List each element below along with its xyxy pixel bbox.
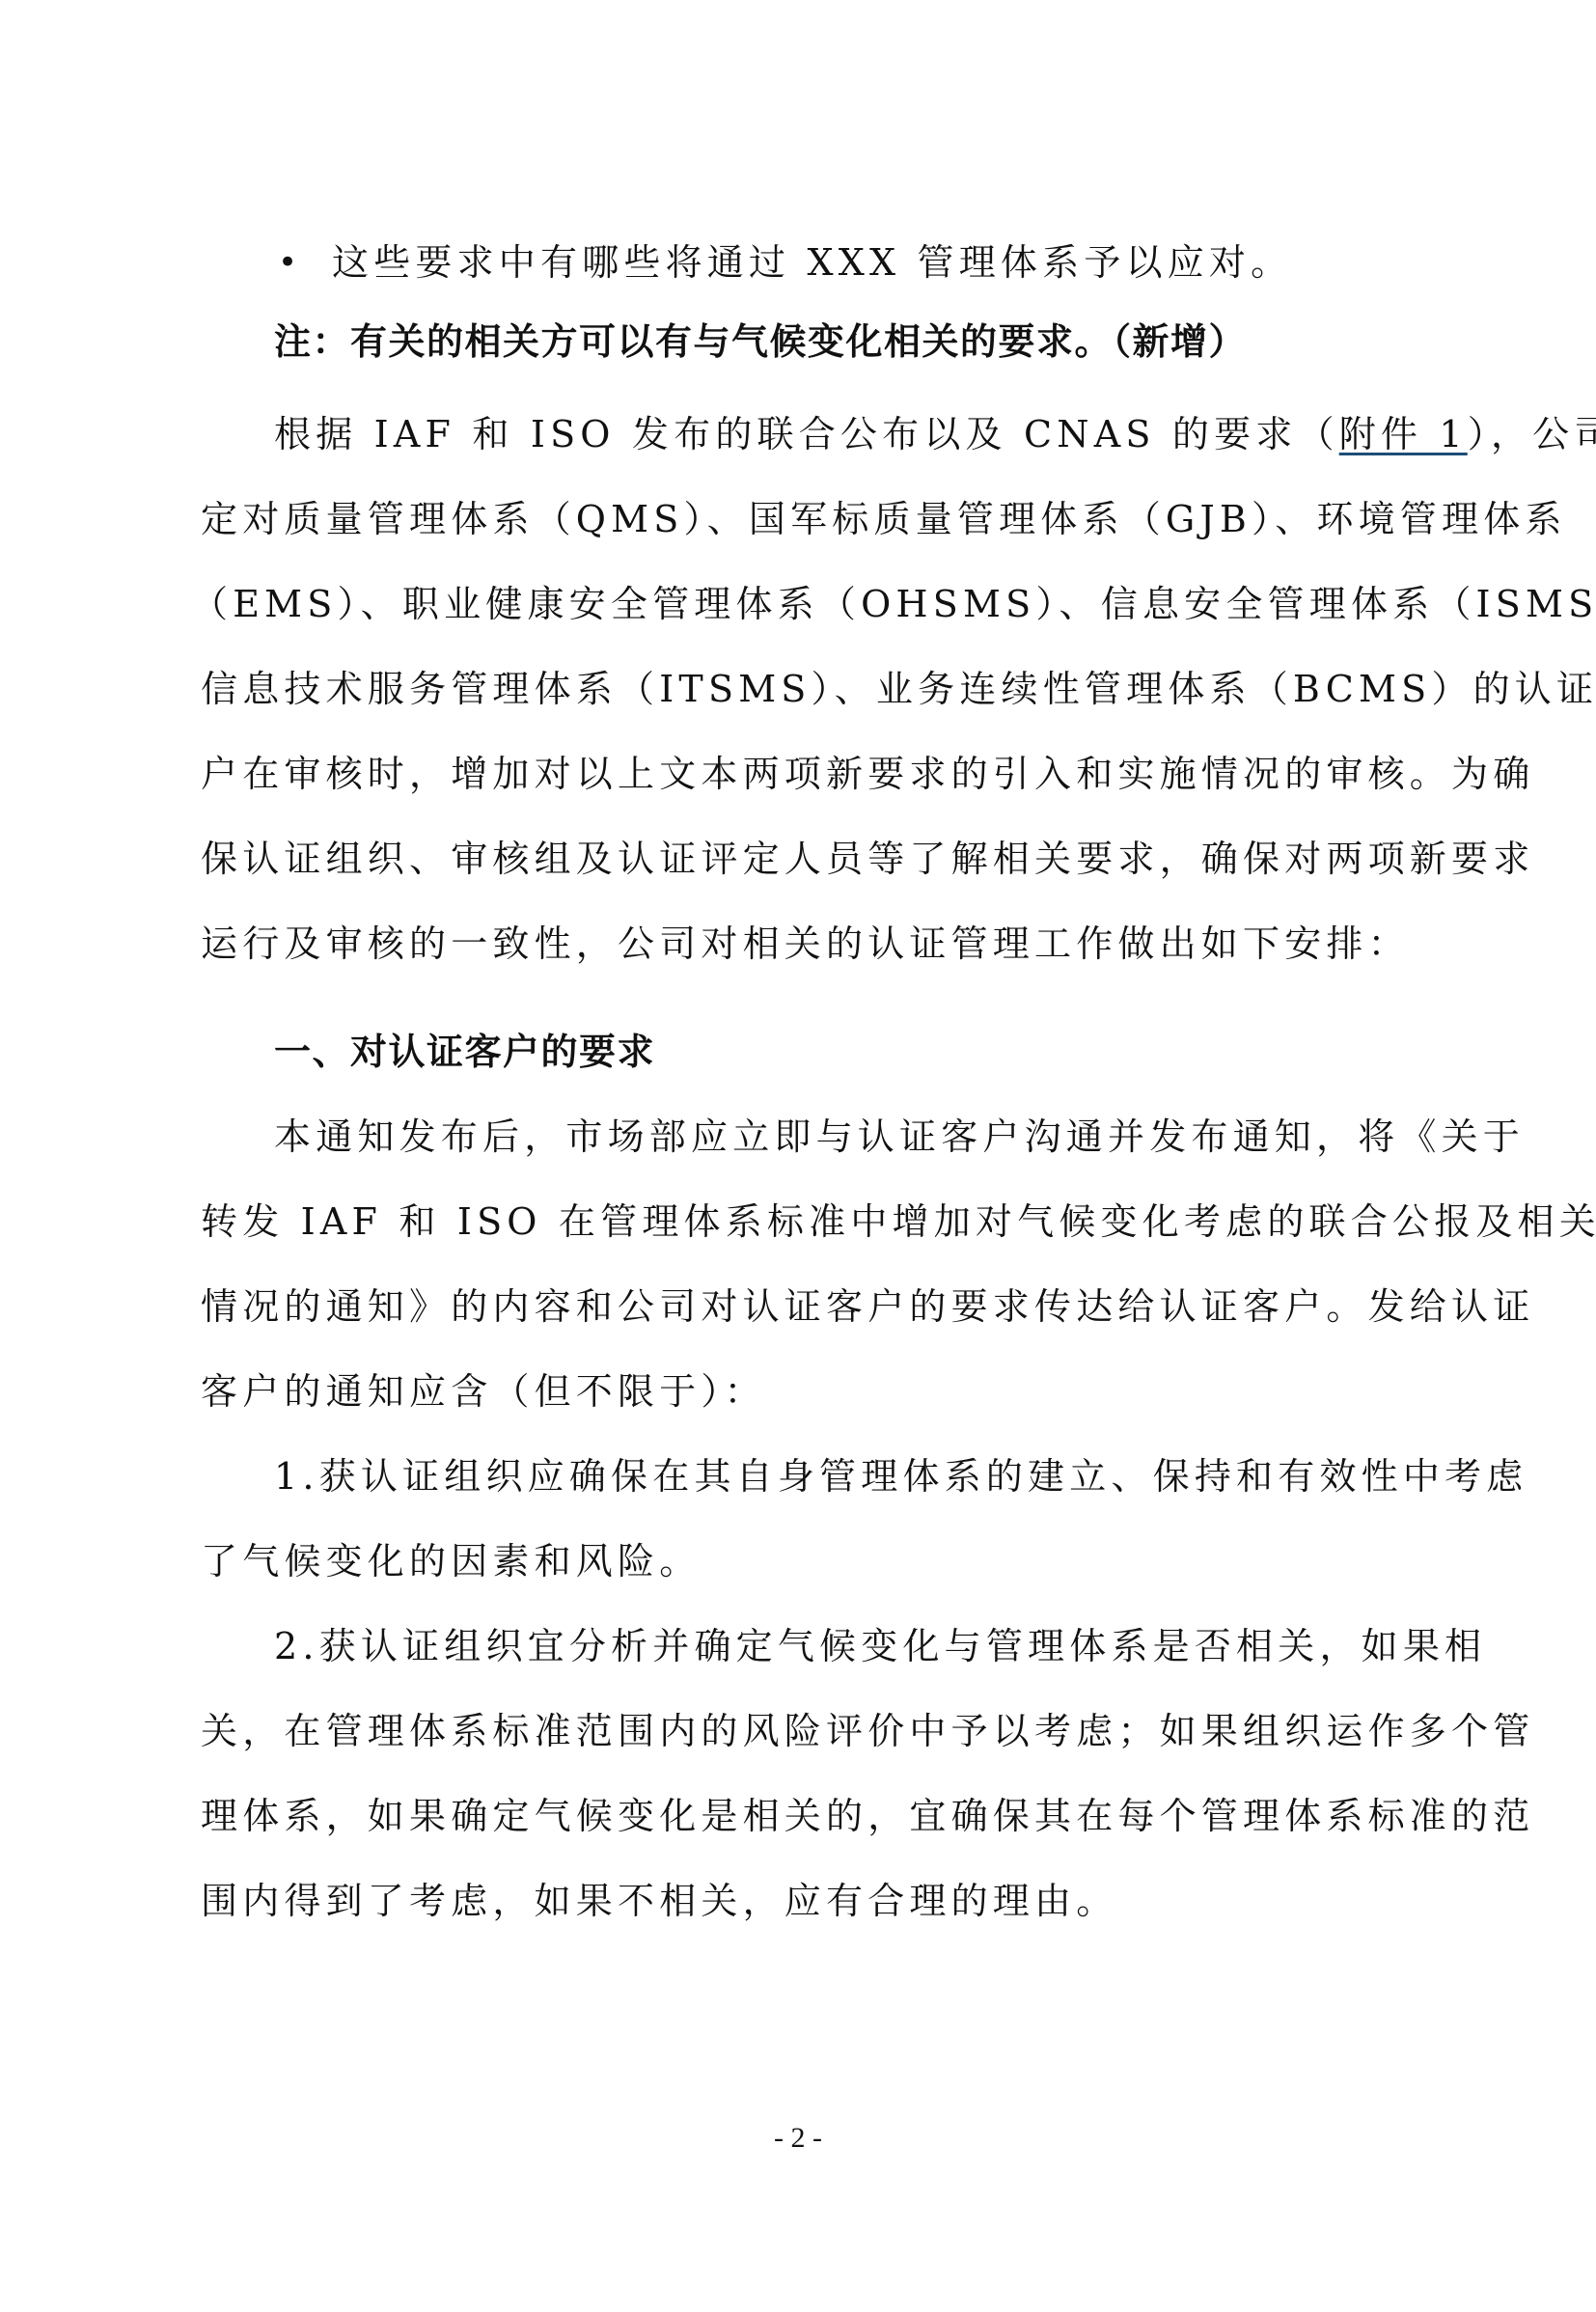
item-1-line-1: 1.获认证组织应确保在其自身管理体系的建立、保持和有效性中考虑 [274,1453,1397,1500]
item-2-line-2: 关，在管理体系标准范围内的风险评价中予以考虑；如果组织运作多个管 [201,1708,1397,1754]
intro-line-3: （EMS）、职业健康安全管理体系（OHSMS）、信息安全管理体系（ISMS）、 [191,581,1388,627]
intro-line-1-post: ），公司决 [1468,413,1596,455]
intro-line-4: 信息技术服务管理体系（ITSMS）、业务连续性管理体系（BCMS）的认证客 [201,666,1397,712]
section-1-heading: 一、对认证客户的要求 [274,1029,1471,1075]
intro-line-2: 定对质量管理体系（QMS）、国军标质量管理体系（GJB）、环境管理体系 [201,496,1397,542]
intro-line-1: 根据 IAF 和 ISO 发布的联合公布以及 CNAS 的要求（附件 1），公司… [274,411,1397,457]
item-1-line-2: 了气候变化的因素和风险。 [201,1538,1397,1584]
section-1-para-line-2: 转发 IAF 和 ISO 在管理体系标准中增加对气候变化考虑的联合公报及相关 [201,1198,1397,1245]
intro-line-7: 运行及审核的一致性，公司对相关的认证管理工作做出如下安排： [201,921,1397,967]
attachment-1-link[interactable]: 附件 1 [1339,413,1468,455]
bullet-icon: • [278,239,297,286]
bullet-item-text: 这些要求中有哪些将通过 XXX 管理体系予以应对。 [332,239,1528,286]
intro-line-6: 保认证组织、审核组及认证评定人员等了解相关要求，确保对两项新要求 [201,836,1397,882]
intro-line-5: 户在审核时，增加对以上文本两项新要求的引入和实施情况的审核。为确 [201,751,1397,797]
document-page: • 这些要求中有哪些将通过 XXX 管理体系予以应对。 注：有关的相关方可以有与… [0,0,1596,2312]
item-2-line-1: 2.获认证组织宜分析并确定气候变化与管理体系是否相关，如果相 [274,1623,1397,1669]
section-1-para-line-4: 客户的通知应含（但不限于）： [201,1368,1397,1415]
section-1-para-line-1: 本通知发布后，市场部应立即与认证客户沟通并发布通知，将《关于 [274,1114,1397,1160]
page-number: - 2 - [0,2119,1596,2158]
section-1-para-line-3: 情况的通知》的内容和公司对认证客户的要求传达给认证客户。发给认证 [201,1283,1397,1330]
note-text: 注：有关的相关方可以有与气候变化相关的要求。（新增） [274,318,1471,365]
intro-line-1-pre: 根据 IAF 和 ISO 发布的联合公布以及 CNAS 的要求（ [274,413,1339,455]
item-2-line-3: 理体系，如果确定气候变化是相关的，宜确保其在每个管理体系标准的范 [201,1793,1397,1839]
item-2-line-4: 围内得到了考虑，如果不相关，应有合理的理由。 [201,1878,1397,1924]
